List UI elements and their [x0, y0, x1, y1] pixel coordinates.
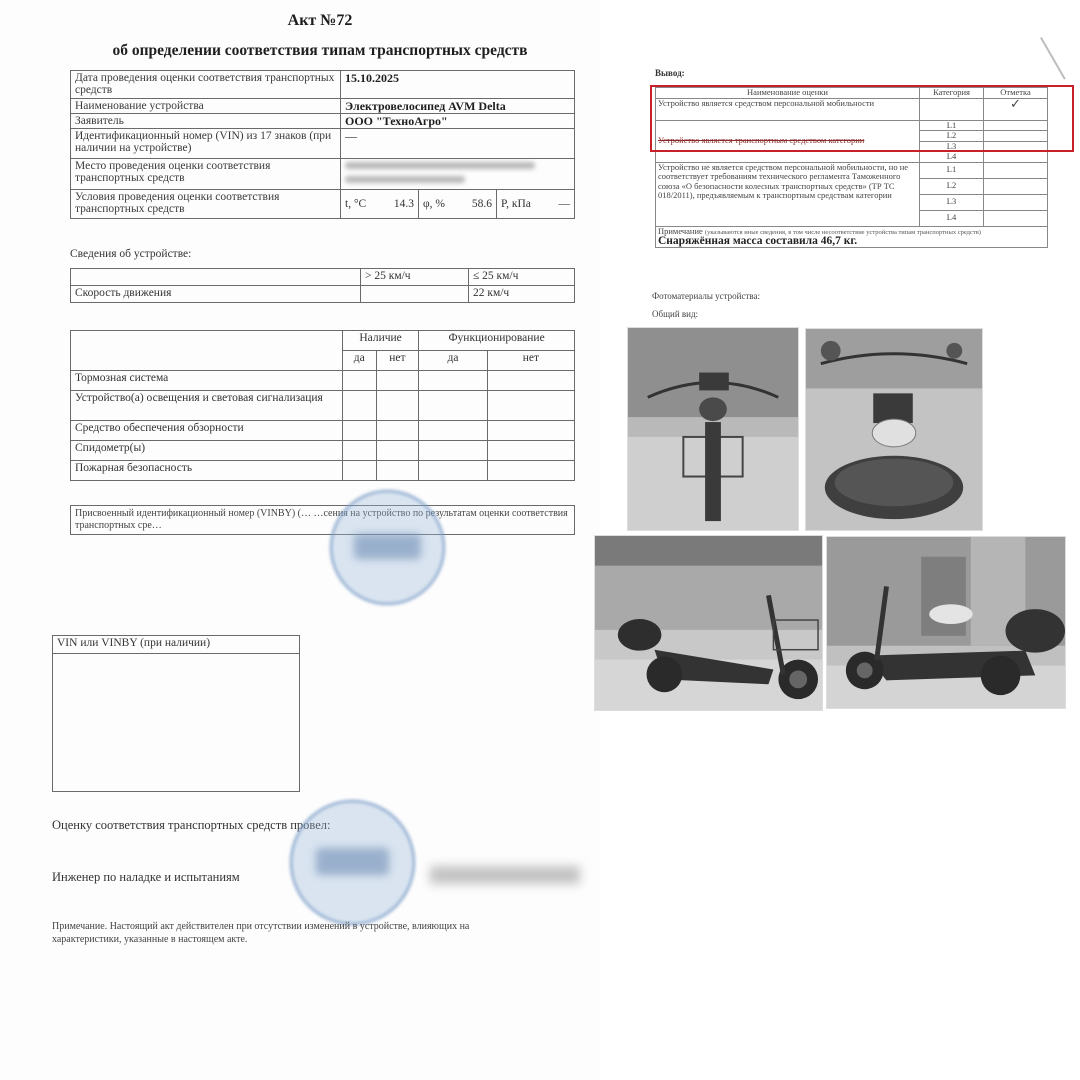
presence-yes: да: [343, 351, 377, 371]
device-name-value: Электровелосипед AVM Delta: [341, 99, 575, 114]
category-l2: L2: [920, 178, 984, 194]
empty-cell: [71, 269, 361, 286]
conclusion-label: Вывод:: [655, 68, 685, 78]
table-row: Устройство не является средством персона…: [656, 162, 1048, 178]
table-row: Тормозная система: [71, 371, 575, 391]
info-table: Дата проведения оценки соответствия тран…: [70, 70, 575, 219]
category-l3: L3: [920, 194, 984, 210]
presence-header: Наличие: [343, 331, 419, 351]
photo-front-view: [627, 327, 799, 531]
conducted-by-label: Оценку соответствия транспортных средств…: [52, 818, 331, 833]
table-row: > 25 км/ч ≤ 25 км/ч: [71, 269, 575, 286]
device-name-label: Наименование устройства: [71, 99, 341, 114]
location-label: Место проведения оценки соответствия тра…: [71, 159, 341, 190]
photo-left-side-view: [594, 535, 823, 711]
function-no: нет: [487, 351, 574, 371]
check-fire-safety: Пожарная безопасность: [71, 461, 343, 481]
table-row: Место проведения оценки соответствия тра…: [71, 159, 575, 190]
presence-no: нет: [376, 351, 419, 371]
speed-table: > 25 км/ч ≤ 25 км/ч Скорость движения 22…: [70, 268, 575, 303]
conclusion-note: Примечание (указываются иные сведения, в…: [656, 226, 1048, 247]
speed-over-header: > 25 км/ч: [361, 269, 469, 286]
vin-box: VIN или VINBY (при наличии): [52, 635, 300, 792]
function-header: Функционирование: [419, 331, 575, 351]
table-row: Условия проведения оценки соответствия т…: [71, 190, 575, 219]
noncompliant-text: Устройство не является средством персона…: [656, 162, 920, 226]
location-value-redacted: [341, 159, 575, 190]
document-title: Акт №72: [60, 12, 580, 30]
check-lighting: Устройство(а) освещения и световая сигна…: [71, 391, 343, 421]
table-row: Средство обеспечения обзорности: [71, 421, 575, 441]
check-visibility: Средство обеспечения обзорности: [71, 421, 343, 441]
redacted-signature: [430, 866, 580, 884]
device-info-label: Сведения об устройстве:: [70, 248, 191, 260]
table-row: Дата проведения оценки соответствия тран…: [71, 71, 575, 99]
general-view-label: Общий вид:: [652, 309, 698, 319]
speed-under-value: 22 км/ч: [469, 286, 575, 303]
table-row: Пожарная безопасность: [71, 461, 575, 481]
humidity-label: φ, %: [423, 198, 445, 210]
category-l1: L1: [920, 162, 984, 178]
footer-note: Примечание. Настоящий акт действителен п…: [52, 920, 532, 946]
redacted-text: [345, 162, 535, 169]
vin-value: —: [341, 129, 575, 159]
applicant-label: Заявитель: [71, 114, 341, 129]
vin-box-header: VIN или VINBY (при наличии): [53, 636, 299, 654]
seal-stamp: [330, 490, 445, 605]
date-label: Дата проведения оценки соответствия тран…: [71, 71, 341, 99]
table-row: Примечание (указываются иные сведения, в…: [656, 226, 1048, 247]
table-row: Заявитель ООО "ТехноАгро": [71, 114, 575, 129]
applicant-value: ООО "ТехноАгро": [341, 114, 575, 129]
category-l4: L4: [920, 210, 984, 226]
temp-value: 14.3: [394, 198, 414, 210]
conditions-values: t, °C 14.3 φ, % 58.6 P, кПа —: [341, 190, 575, 219]
note-label: Примечание: [658, 226, 703, 236]
table-row: Наличие Функционирование: [71, 331, 575, 351]
photos-label: Фотоматериалы устройства:: [652, 291, 760, 301]
conditions-label: Условия проведения оценки соответствия т…: [71, 190, 341, 219]
date-value: 15.10.2025: [341, 71, 575, 99]
pressure-label: P, кПа: [501, 198, 531, 210]
engineer-label: Инженер по наладке и испытаниям: [52, 870, 240, 885]
seal-stamp: [290, 800, 415, 925]
temp-label: t, °C: [345, 198, 366, 210]
table-row: Идентификационный номер (VIN) из 17 знак…: [71, 129, 575, 159]
document-subtitle: об определении соответствия типам трансп…: [60, 42, 580, 60]
pressure-value: —: [559, 198, 571, 210]
speed-under-header: ≤ 25 км/ч: [469, 269, 575, 286]
speed-over-value: [361, 286, 469, 303]
photo-right-side-view: [826, 536, 1066, 709]
humidity-value: 58.6: [472, 198, 492, 210]
table-row: Скорость движения 22 км/ч: [71, 286, 575, 303]
vinby-assigned-box: Присвоенный идентификационный номер (VIN…: [70, 505, 575, 535]
vin-label: Идентификационный номер (VIN) из 17 знак…: [71, 129, 341, 159]
speed-label: Скорость движения: [71, 286, 361, 303]
table-row: Устройство(а) освещения и световая сигна…: [71, 391, 575, 421]
check-speedometer: Спидометр(ы): [71, 441, 343, 461]
empty-cell: [71, 331, 343, 371]
check-brakes: Тормозная система: [71, 371, 343, 391]
category-l4: L4: [920, 152, 984, 163]
function-yes: да: [419, 351, 488, 371]
photo-rear-view: [805, 328, 983, 531]
highlight-frame: [650, 85, 1074, 152]
redacted-text: [345, 176, 465, 183]
table-row: Наименование устройства Электровелосипед…: [71, 99, 575, 114]
curb-weight-note: Снаряжённая масса составила 46,7 кг.: [658, 235, 857, 247]
table-row: Спидометр(ы): [71, 441, 575, 461]
checks-table: Наличие Функционирование да нет да нет Т…: [70, 330, 575, 481]
